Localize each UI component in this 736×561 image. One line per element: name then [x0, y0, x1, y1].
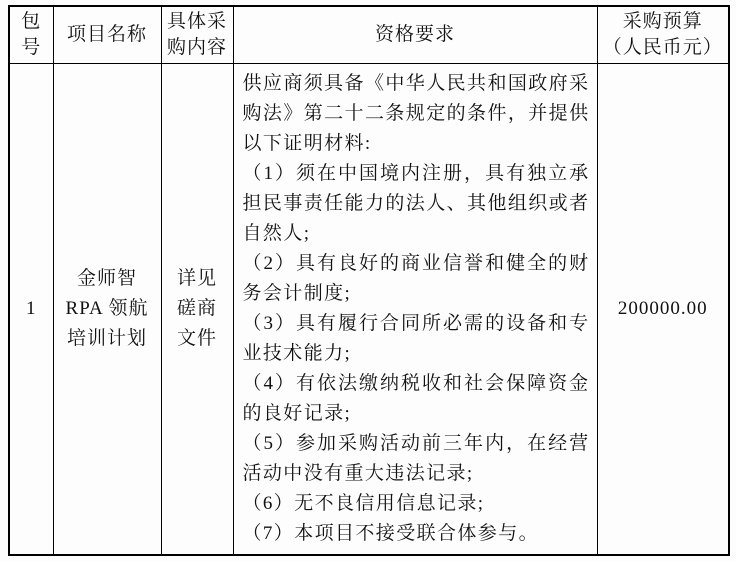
header-procurement-content: 具体采 购内容: [161, 6, 233, 64]
header-budget: 采购预算 （人民币元）: [597, 6, 729, 64]
document-page: 包号 项目名称 具体采 购内容 资格要求 采购预算 （人民币元） 1 金师智 R…: [0, 0, 736, 561]
table-row: 1 金师智 RPA 领航 培训计划 详见 磋商 文件 供应商须具备《中华人民共和…: [9, 64, 729, 556]
cell-package-no: 1: [9, 64, 53, 556]
procurement-table: 包号 项目名称 具体采 购内容 资格要求 采购预算 （人民币元） 1 金师智 R…: [8, 5, 730, 556]
cell-qualification-requirements: 供应商须具备《中华人民共和国政府采购法》第二十二条规定的条件，并提供以下证明材料…: [233, 64, 597, 556]
cell-budget: 200000.00: [597, 64, 729, 556]
header-qualification-requirements: 资格要求: [233, 6, 597, 64]
table-header-row: 包号 项目名称 具体采 购内容 资格要求 采购预算 （人民币元）: [9, 6, 729, 64]
cell-project-name: 金师智 RPA 领航 培训计划: [53, 64, 161, 556]
header-project-name: 项目名称: [53, 6, 161, 64]
header-package-no: 包号: [9, 6, 53, 64]
cell-procurement-content: 详见 磋商 文件: [161, 64, 233, 556]
